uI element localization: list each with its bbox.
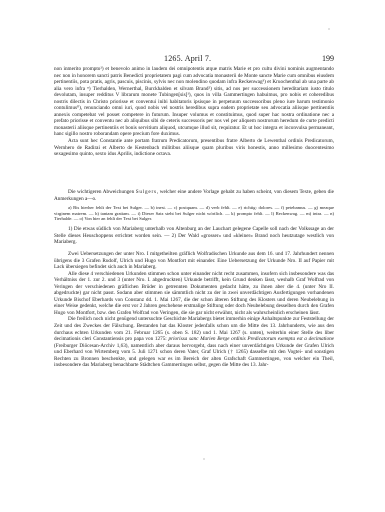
variant-notes: a) Bis hierher fehlt der Text bei Sulger… — [54, 205, 334, 222]
latin-paragraph-2: Acta sunt hec Constantie ante portam fra… — [54, 138, 334, 158]
footnotes: 1) Die etwas südlich von Mariaberg unter… — [54, 226, 334, 246]
scan-speck — [203, 458, 205, 460]
variant-notes-text: a) Bis hierher fehlt der Text bei Sulger… — [54, 205, 334, 222]
commentary-paragraph-2: Alle diese 4 verschiedenen Urkunden stim… — [54, 271, 334, 317]
latin-quote: priorissa sanc Marien Berge ordinis Pred… — [168, 336, 334, 342]
variants-intro-prefix: Die wichtigeren Abweichungen — [68, 189, 136, 195]
commentary: Zwei Uebersetzungen der unter Nro. I mit… — [54, 251, 334, 369]
page-number: 199 — [322, 54, 334, 63]
commentary-paragraph-3: Die freilich noch nicht genügend untersu… — [54, 316, 334, 368]
latin-charter-text: non inmerito prompto¹) et benevolo animo… — [54, 66, 334, 158]
page-header-title: 1265. April 7. — [164, 54, 211, 63]
latin-paragraph-1: non inmerito prompto¹) et benevolo animo… — [54, 66, 334, 138]
author-name: Sulgers — [136, 189, 157, 195]
variants-intro: Die wichtigeren Abweichungen Sulgers, we… — [54, 189, 334, 202]
commentary-paragraph-1: Zwei Uebersetzungen der unter Nro. I mit… — [54, 251, 334, 271]
running-header: 1265. April 7. 199 — [54, 54, 334, 64]
footnotes-text: 1) Die etwas südlich von Mariaberg unter… — [54, 226, 334, 246]
scan-speck — [328, 28, 330, 30]
